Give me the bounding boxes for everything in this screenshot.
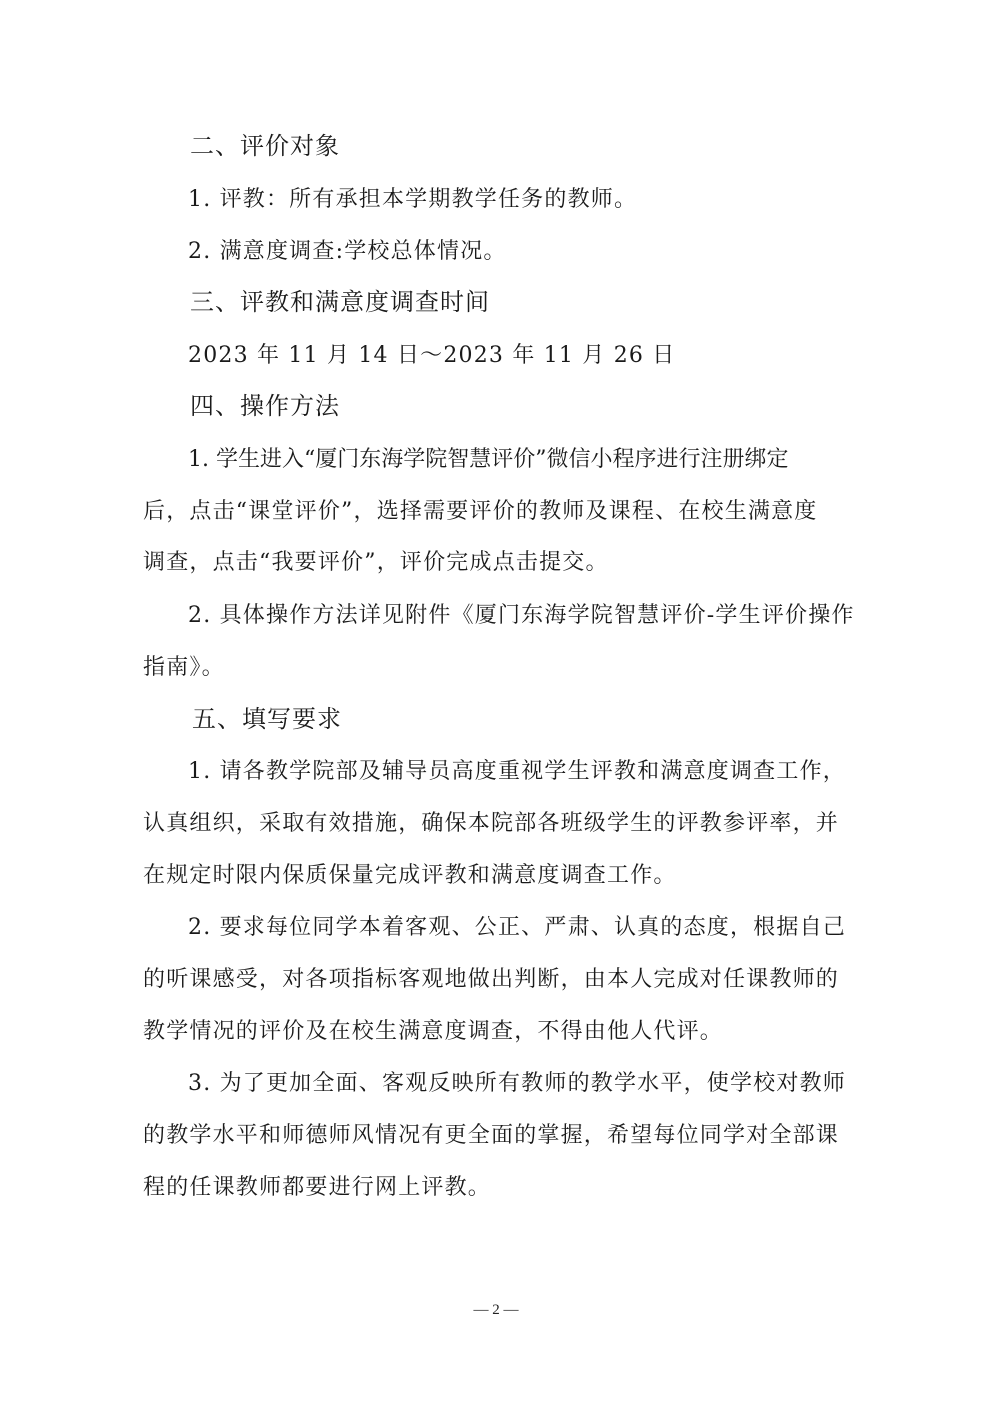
paragraph-line: 认真组织，采取有效措施，确保本院部各班级学生的评教参评率，并 — [143, 809, 839, 839]
paragraph-line: 的教学水平和师德师风情况有更全面的掌握，希望每位同学对全部课 — [143, 1121, 839, 1151]
section-heading-evaluation-targets: 二、评价对象 — [190, 131, 340, 161]
date-range: 2023 年 11 月 14 日～2023 年 11 月 26 日 — [188, 341, 676, 371]
paragraph-line: 在规定时限内保质保量完成评教和满意度调查工作。 — [143, 861, 677, 891]
paragraph-line: 指南》。 — [143, 653, 225, 683]
paragraph-line-text: 1. 学生进入“厦门东海学院智慧评价”微信小程序进行注册绑定 — [188, 445, 788, 475]
section-heading-requirements: 五、填写要求 — [192, 704, 342, 734]
paragraph-line: 2. 要求每位同学本着客观、公正、严肃、认真的态度，根据自己 — [188, 913, 846, 943]
page-number: — 2 — — [0, 1300, 992, 1320]
paragraph-line: 2. 满意度调查:学校总体情况。 — [188, 237, 507, 267]
paragraph-line: 1. 请各教学院部及辅导员高度重视学生评教和满意度调查工作， — [188, 757, 846, 787]
paragraph-line: 的听课感受，对各项指标客观地做出判断，由本人完成对任课教师的 — [143, 965, 839, 995]
paragraph-line: 1. 评教：所有承担本学期教学任务的教师。 — [188, 185, 637, 215]
section-heading-operation-method: 四、操作方法 — [190, 391, 340, 421]
paragraph-line: 后，点击“课堂评价”，选择需要评价的教师及课程、在校生满意度 — [143, 497, 818, 527]
paragraph-line: 调查，点击“我要评价”，评价完成点击提交。 — [143, 548, 609, 578]
paragraph-line: 教学情况的评价及在校生满意度调查，不得由他人代评。 — [143, 1017, 723, 1047]
document-page: 二、评价对象 1. 评教：所有承担本学期教学任务的教师。 2. 满意度调查:学校… — [0, 0, 992, 1403]
paragraph-line: 程的任课教师都要进行网上评教。 — [143, 1173, 491, 1203]
section-heading-schedule: 三、评教和满意度调查时间 — [190, 287, 490, 317]
paragraph-line: 1. 学生进入“厦门东海学院智慧评价”微信小程序进行注册绑定 — [188, 445, 850, 475]
paragraph-line: 2. 具体操作方法详见附件《厦门东海学院智慧评价-学生评价操作 — [188, 601, 855, 631]
paragraph-line: 3. 为了更加全面、客观反映所有教师的教学水平，使学校对教师 — [188, 1069, 846, 1099]
